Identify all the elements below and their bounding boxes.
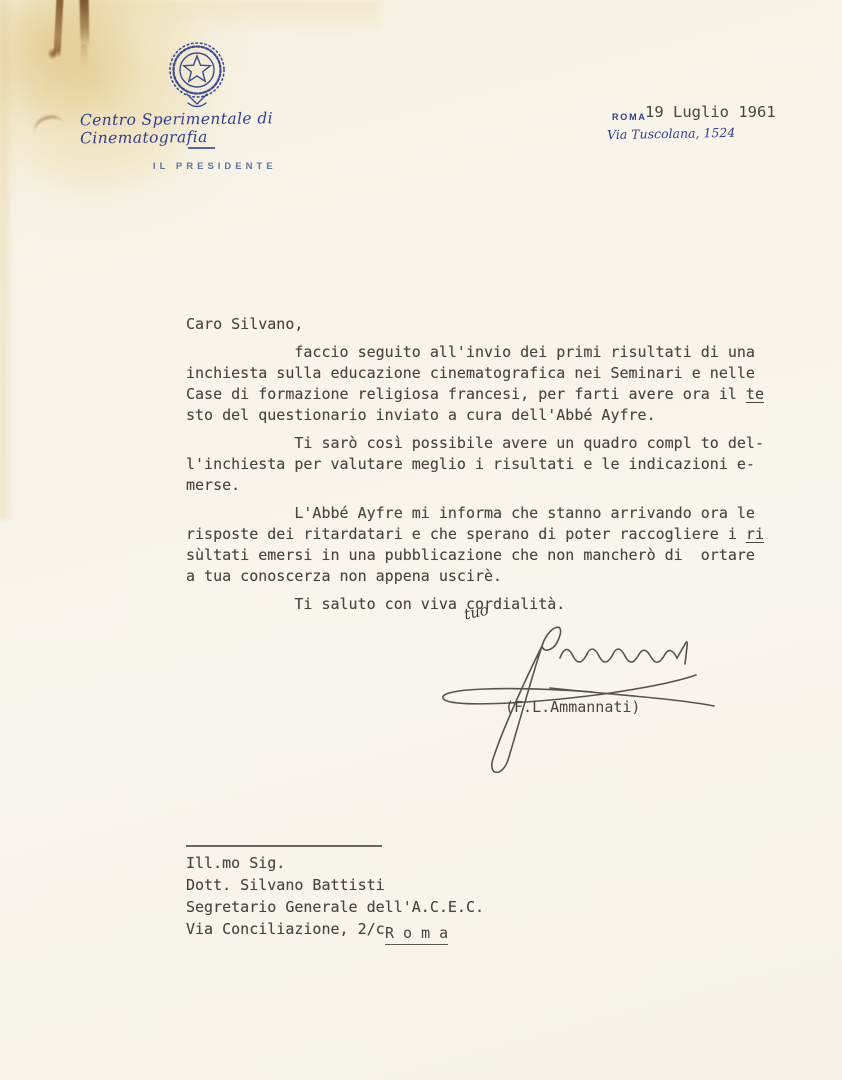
signature-scrawl	[428, 592, 738, 782]
body-line: risposte dei ritardatari e che sperano d…	[186, 524, 764, 545]
state-emblem-icon	[157, 34, 237, 110]
president-title: IL PRESIDENTE	[153, 161, 277, 172]
letterhead-divider	[188, 147, 215, 149]
body-line: sùltati emersi in una pubblicazione che …	[186, 545, 764, 566]
body-line: merse.	[186, 475, 764, 496]
body-line: a tua conoscerza non appena uscirè.	[186, 566, 764, 587]
body-line: sto del questionario inviato a cura dell…	[186, 405, 764, 426]
letter-body: Caro Silvano, faccio seguito all'invio d…	[186, 314, 764, 615]
recipient-line: Segretario Generale dell'A.C.E.C.	[186, 896, 484, 918]
body-line: inchiesta sulla educazione cinematografi…	[186, 363, 764, 384]
paper-stain	[0, 0, 14, 520]
body-paragraphs: faccio seguito all'invio dei primi risul…	[186, 342, 764, 587]
letterhead-address: Via Tuscolana, 1524	[607, 125, 736, 142]
salutation: Caro Silvano,	[186, 314, 764, 335]
paragraph: faccio seguito all'invio dei primi risul…	[186, 342, 764, 426]
body-line: L'Abbé Ayfre mi informa che stanno arriv…	[186, 503, 764, 524]
paragraph: Ti sarò così possibile avere un quadro c…	[186, 433, 764, 496]
letter-page: Centro Sperimentale di Cinematografia IL…	[0, 0, 842, 1080]
ink-drip-stain	[80, 0, 90, 48]
city-label: ROMA	[612, 112, 647, 122]
recipient-city: R o m a	[385, 924, 448, 945]
body-line: faccio seguito all'invio dei primi risul…	[186, 342, 764, 363]
letter-date: 19 Luglio 1961	[645, 103, 776, 121]
body-line: l'inchiesta per valutare meglio i risult…	[186, 454, 764, 475]
recipient-overline	[186, 845, 382, 847]
body-line: Case di formazione religiosa francesi, p…	[186, 384, 764, 405]
recipient-line: Ill.mo Sig.	[186, 852, 484, 874]
organization-name: Centro Sperimentale di Cinematografia	[80, 109, 340, 148]
paragraph: L'Abbé Ayfre mi informa che stanno arriv…	[186, 503, 764, 587]
paper-stain	[60, 0, 380, 34]
body-line: Ti sarò così possibile avere un quadro c…	[186, 433, 764, 454]
recipient-line: Dott. Silvano Battisti	[186, 874, 484, 896]
typed-signature-name: (F.L.Ammannati)	[505, 698, 640, 716]
